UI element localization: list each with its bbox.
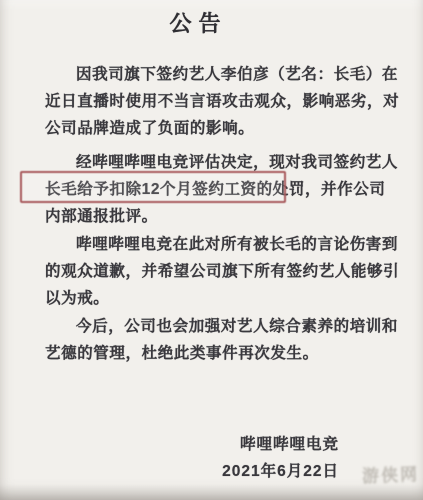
signature-date: 2021年6月22日 <box>45 458 345 485</box>
announcement-title: 公告 <box>45 7 345 38</box>
paragraph-line: 哔哩哔哩电竞在此对所有被长毛的言论伤害到 <box>45 231 347 258</box>
announcement-body: 公告 因我司旗下签约艺人李伯彦（艺名：长毛）在 近日直播时使用不当言语攻击观众，… <box>0 0 423 500</box>
paragraph-line: 的观众道歉，并希望公司旗下所有签约艺人能够引 <box>45 258 347 285</box>
paragraph-1: 因我司旗下签约艺人李伯彦（艺名：长毛）在 近日直播时使用不当言语攻击观众，影响恶… <box>45 61 347 142</box>
paragraph-4: 今后，公司也会加强对艺人综合素养的培训和 艺德的管理，杜绝此类事件再次发生。 <box>45 313 347 367</box>
paragraph-line: 因我司旗下签约艺人李伯彦（艺名：长毛）在 <box>45 61 347 88</box>
paragraph-line: 公司品牌造成了负面的影响。 <box>45 115 347 142</box>
signature-company: 哔哩哔哩电竞 <box>45 431 345 458</box>
paragraph-line: 今后，公司也会加强对艺人综合素养的培训和 <box>45 313 347 340</box>
paragraph-line: 近日直播时使用不当言语攻击观众，影响恶劣，对 <box>45 88 347 115</box>
signature-block: 哔哩哔哩电竞 2021年6月22日 <box>45 431 345 485</box>
red-highlight-box <box>20 171 286 203</box>
watermark-text: 游侠网 <box>362 460 420 487</box>
paragraph-line: 内部通报批评。 <box>45 203 347 230</box>
paragraph-line: 以为戒。 <box>45 285 347 312</box>
announcement-page: 公告 因我司旗下签约艺人李伯彦（艺名：长毛）在 近日直播时使用不当言语攻击观众，… <box>0 0 423 500</box>
paragraph-line: 艺德的管理，杜绝此类事件再次发生。 <box>45 340 347 367</box>
paragraph-3: 哔哩哔哩电竞在此对所有被长毛的言论伤害到 的观众道歉，并希望公司旗下所有签约艺人… <box>45 231 347 312</box>
